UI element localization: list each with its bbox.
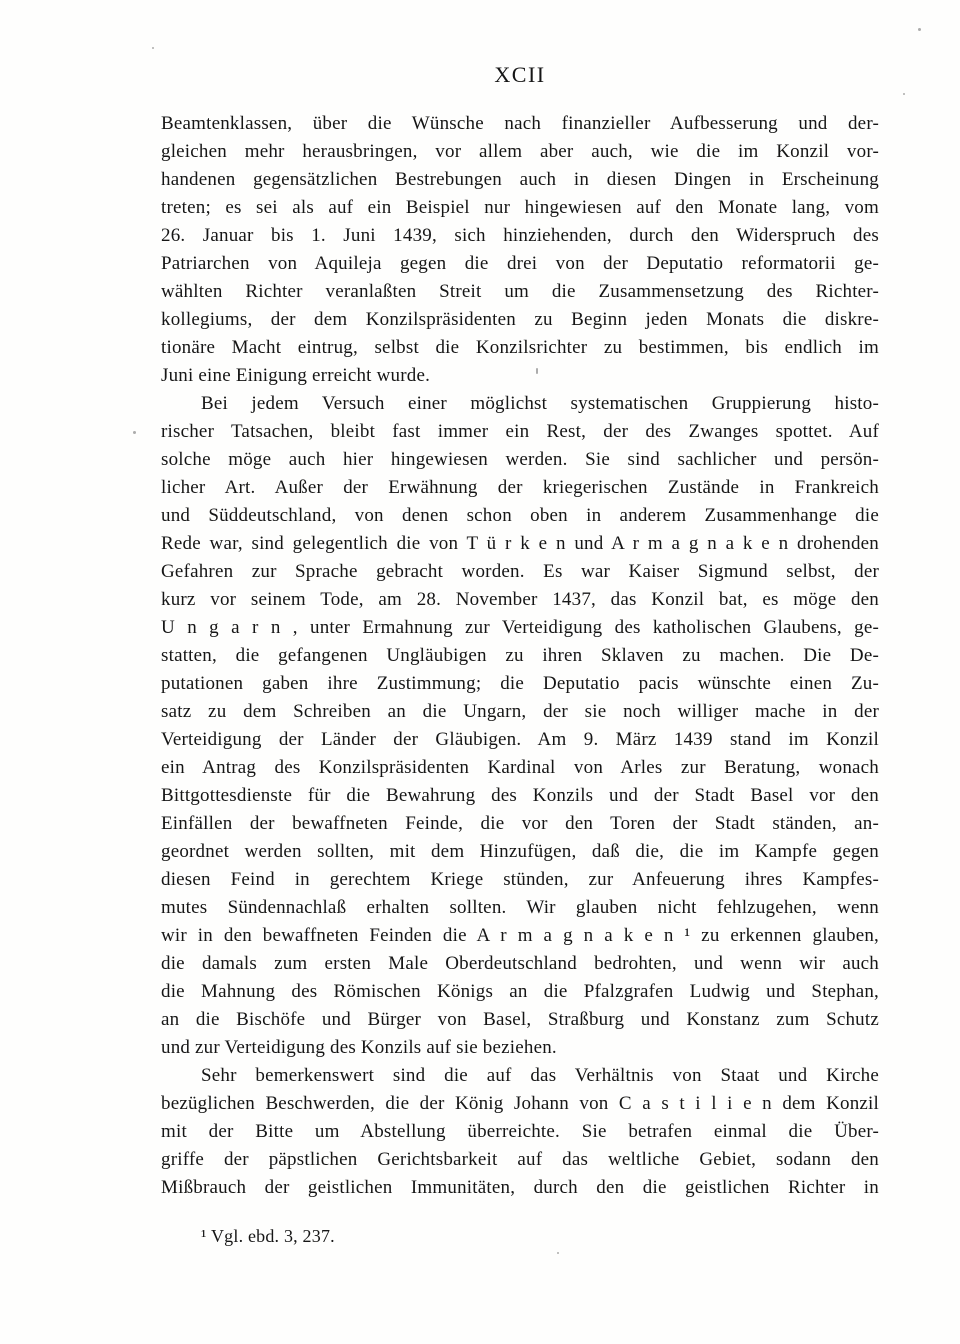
text-line: kollegiums, der dem Konzilspräsidenten z… xyxy=(161,306,879,334)
text-line: tionäre Macht eintrug, selbst die Konzil… xyxy=(161,334,879,362)
text-line: geordnet werden sollten, mit dem Hinzufü… xyxy=(161,838,879,866)
text-line: an die Bischöfe und Bürger von Basel, St… xyxy=(161,1006,879,1034)
book-page: XCII Beamtenklassen, über die Wünsche na… xyxy=(0,0,960,1344)
text-line: und Süddeutschland, von denen schon oben… xyxy=(161,502,879,530)
text-line: und zur Verteidigung des Konzils auf sie… xyxy=(161,1034,879,1062)
text-line: solche möge auch hier hingewiesen werden… xyxy=(161,446,879,474)
text-line: wählten Richter veranlaßten Streit um di… xyxy=(161,278,879,306)
text-line: Einfällen der bewaffneten Feinde, die vo… xyxy=(161,810,879,838)
scan-speck xyxy=(557,1252,559,1254)
text-line: diesen Feind in gerechtem Kriege stünden… xyxy=(161,866,879,894)
text-line: kurz vor seinem Tode, am 28. November 14… xyxy=(161,586,879,614)
text-line: handenen gegensätzlichen Bestrebungen au… xyxy=(161,166,879,194)
text-line: Bei jedem Versuch einer möglichst system… xyxy=(161,390,879,418)
text-line: die damals zum ersten Male Oberdeutschla… xyxy=(161,950,879,978)
scan-speck xyxy=(918,28,921,31)
text-line: putationen gaben ihre Zustimmung; die De… xyxy=(161,670,879,698)
text-line: Mißbrauch der geistlichen Immunitäten, d… xyxy=(161,1174,879,1202)
scan-speck xyxy=(152,47,154,49)
text-line: 26. Januar bis 1. Juni 1439, sich hinzie… xyxy=(161,222,879,250)
text-line: Beamtenklassen, über die Wünsche nach fi… xyxy=(161,110,879,138)
text-block: Beamtenklassen, über die Wünsche nach fi… xyxy=(161,110,879,1202)
text-line: bezüglichen Beschwerden, die der König J… xyxy=(161,1090,879,1118)
text-line: statten, die gefangenen Ungläubigen zu i… xyxy=(161,642,879,670)
text-line: mutes Sündennachlaß erhalten sollten. Wi… xyxy=(161,894,879,922)
text-line: Rede war, sind gelegentlich die von T ü … xyxy=(161,530,879,558)
text-line: Gefahren zur Sprache gebracht worden. Es… xyxy=(161,558,879,586)
text-line: rischer Tatsachen, bleibt fast immer ein… xyxy=(161,418,879,446)
scan-speck xyxy=(133,431,136,434)
scan-speck xyxy=(903,93,905,95)
text-line: griffe der päpstlichen Gerichtsbarkeit a… xyxy=(161,1146,879,1174)
text-line: wir in den bewaffneten Feinden die A r m… xyxy=(161,922,879,950)
text-line: Verteidigung der Länder der Gläubigen. A… xyxy=(161,726,879,754)
page-number: XCII xyxy=(161,62,879,88)
text-line: Patriarchen von Aquileja gegen die drei … xyxy=(161,250,879,278)
paragraph: Beamtenklassen, über die Wünsche nach fi… xyxy=(161,110,879,390)
footnote: ¹ Vgl. ebd. 3, 237. xyxy=(201,1226,335,1247)
paragraph: Sehr bemerkenswert sind die auf das Verh… xyxy=(161,1062,879,1202)
text-line: satz zu dem Schreiben an die Ungarn, der… xyxy=(161,698,879,726)
text-line: mit der Bitte um Abstellung überreichte.… xyxy=(161,1118,879,1146)
text-line: die Mahnung des Römischen Königs an die … xyxy=(161,978,879,1006)
text-line: Juni eine Einigung erreicht wurde. xyxy=(161,362,879,390)
text-line: Sehr bemerkenswert sind die auf das Verh… xyxy=(161,1062,879,1090)
text-line: gleichen mehr herausbringen, vor allem a… xyxy=(161,138,879,166)
paragraph: Bei jedem Versuch einer möglichst system… xyxy=(161,390,879,1062)
text-line: U n g a r n , unter Ermahnung zur Vertei… xyxy=(161,614,879,642)
text-line: ein Antrag des Konzilspräsidenten Kardin… xyxy=(161,754,879,782)
text-line: treten; es sei als auf ein Beispiel nur … xyxy=(161,194,879,222)
text-line: Bittgottesdienste für die Bewahrung des … xyxy=(161,782,879,810)
scan-speck xyxy=(536,368,538,374)
text-line: licher Art. Außer der Erwähnung der krie… xyxy=(161,474,879,502)
